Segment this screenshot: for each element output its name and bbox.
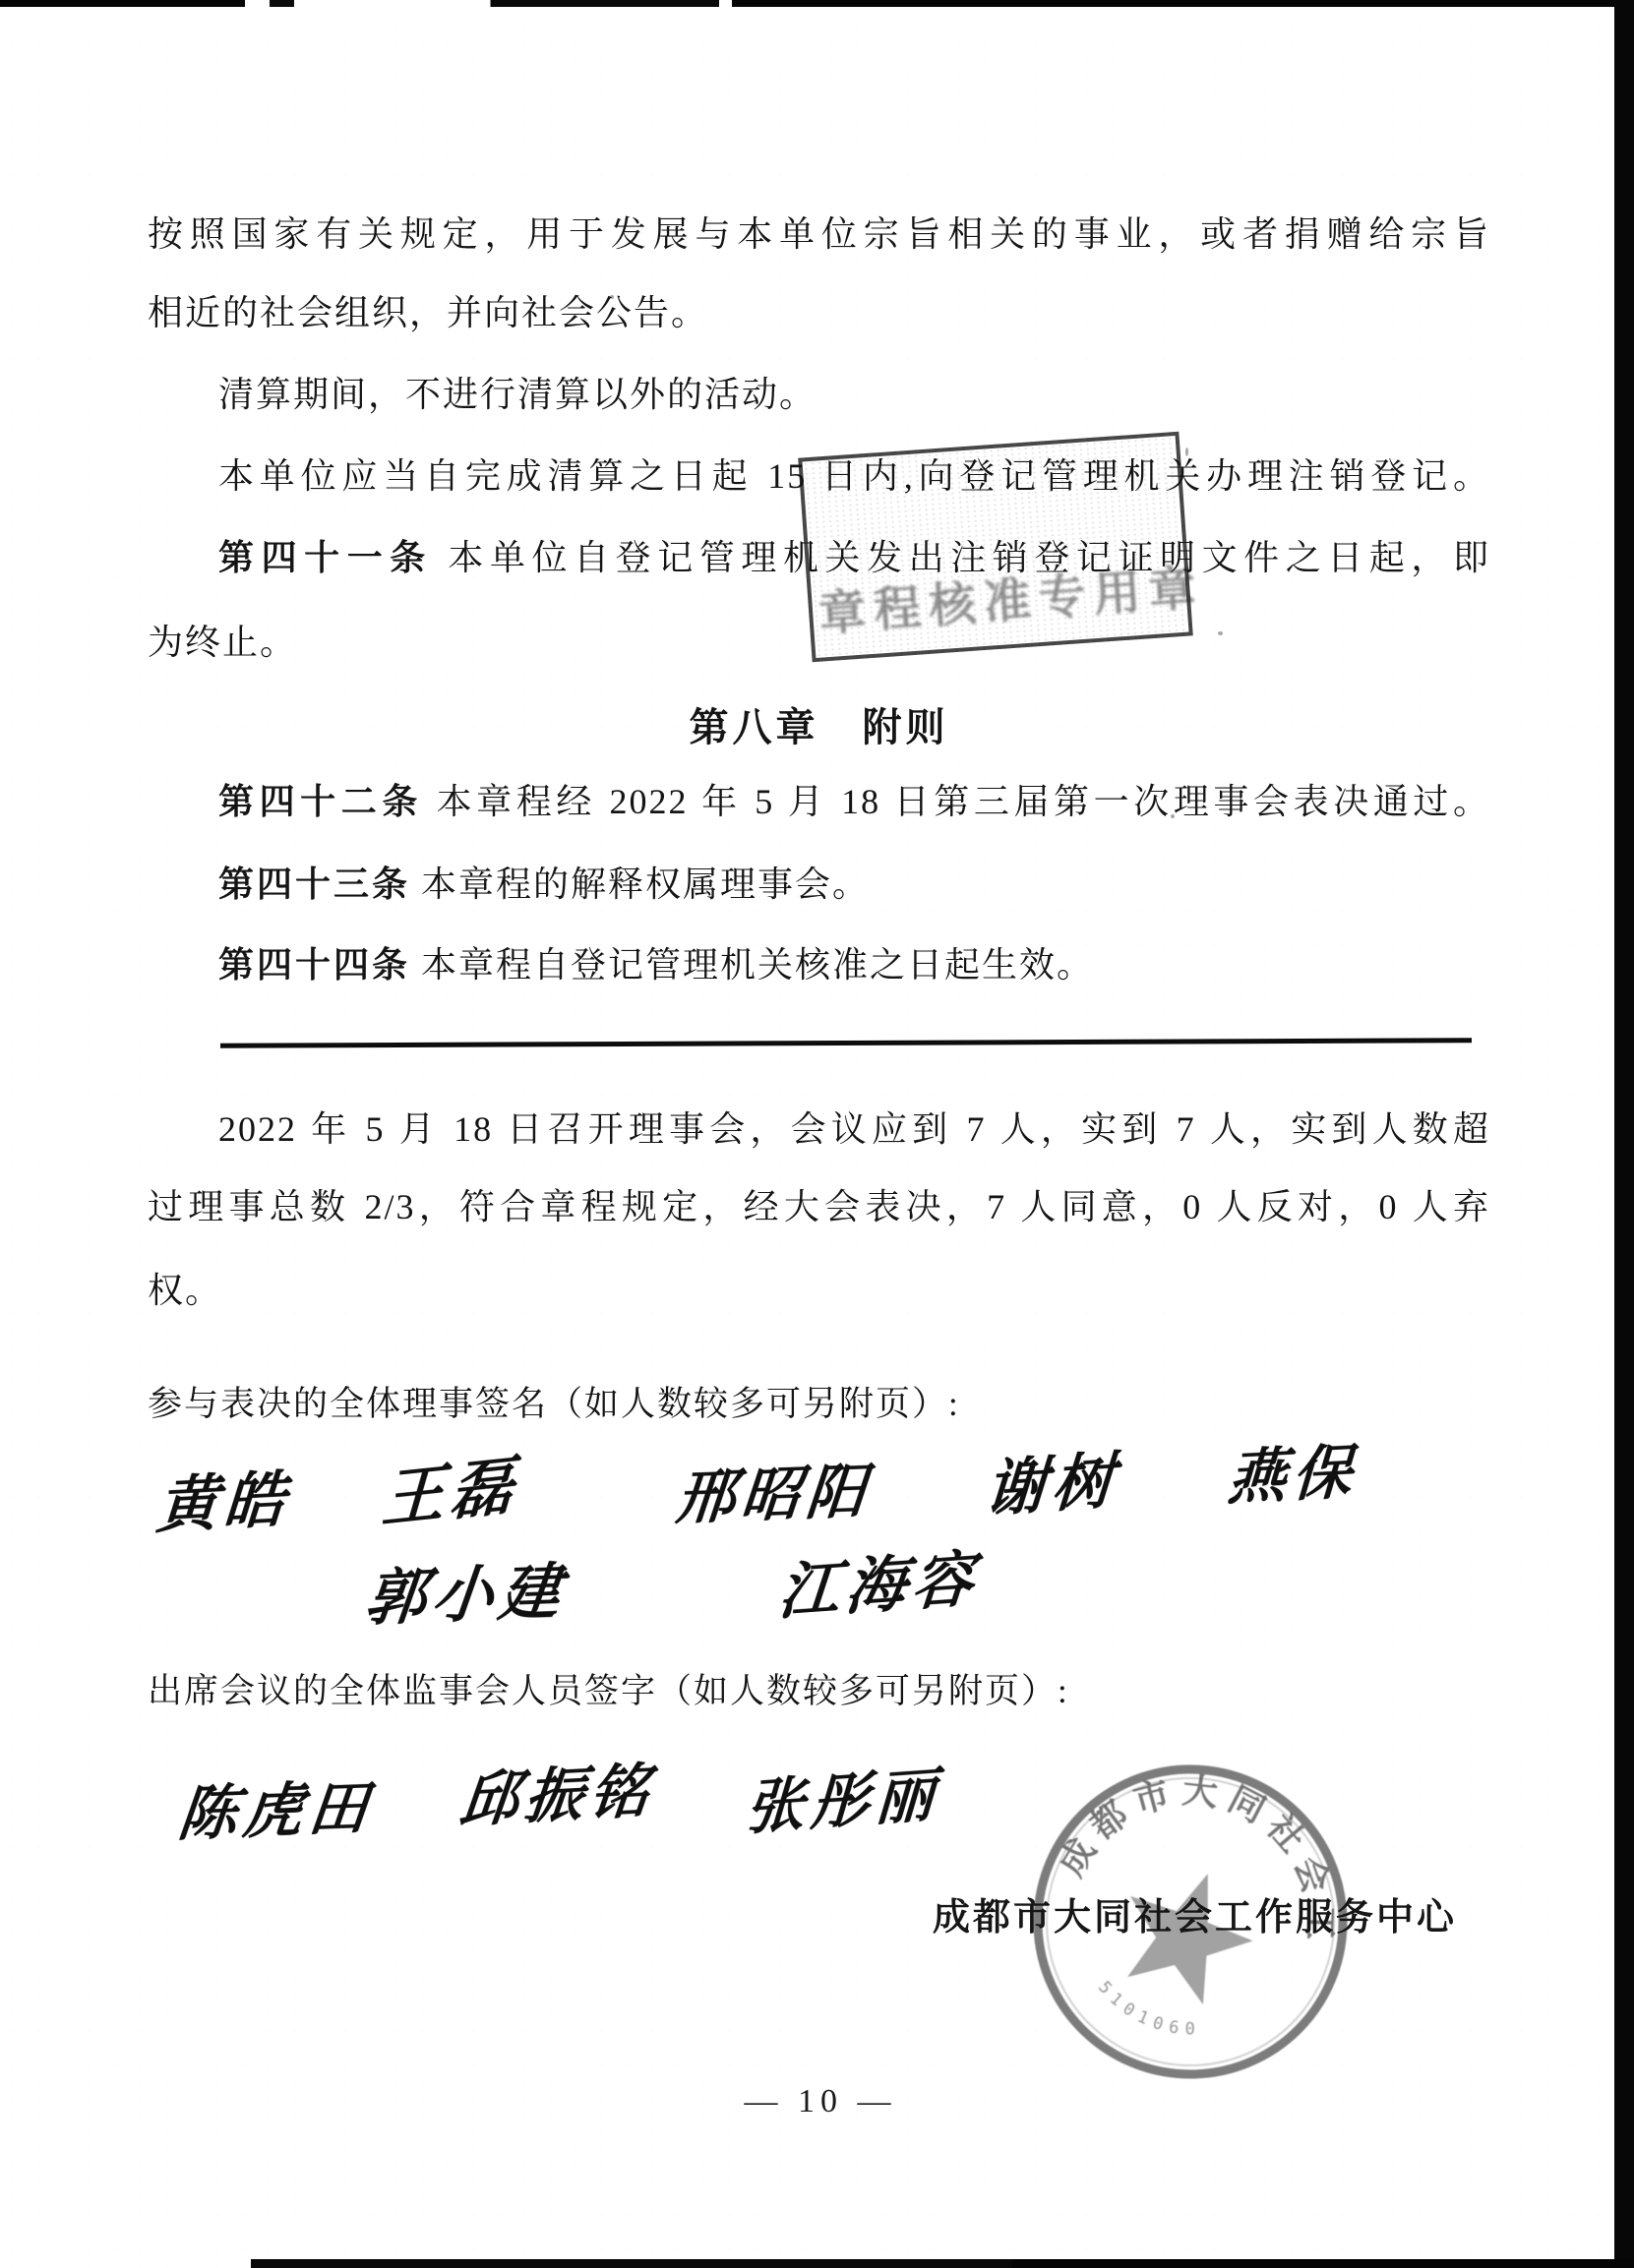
- director-signature-5: 燕保: [1226, 1424, 1360, 1516]
- scan-speck: [1185, 448, 1188, 456]
- paragraph-carryover-line1: 按照国家有关规定，用于发展与本单位宗旨相关的事业，或者捐赠给宗旨: [148, 212, 1490, 256]
- supervisors-signature-label: 出席会议的全体监事会人员签字（如人数较多可另附页）:: [148, 1670, 1490, 1713]
- article-41-label: 第四十一条: [218, 537, 433, 577]
- resolution-line1: 2022 年 5 月 18 日召开理事会，会议应到 7 人，实到 7 人，实到人…: [148, 1107, 1490, 1151]
- scan-speck: [1218, 631, 1223, 635]
- director-signature-1: 黄皓: [154, 1450, 294, 1545]
- article-43-line: 第四十三条 本章程的解释权属理事会。: [148, 863, 1490, 906]
- supervisor-signature-2: 邱振铭: [456, 1744, 660, 1839]
- director-signature-7: 江海容: [775, 1529, 983, 1632]
- directors-signature-label: 参与表决的全体理事签名（如人数较多可另附页）:: [148, 1383, 1490, 1426]
- charter-approval-stamp-text: 章程核准专用章: [817, 551, 1182, 644]
- paragraph-liquidation: 清算期间，不进行清算以外的活动。: [148, 373, 1490, 416]
- article-43-label: 第四十三条: [218, 864, 410, 904]
- supervisor-signature-3: 张彤丽: [744, 1748, 942, 1846]
- article-44-label: 第四十四条: [218, 944, 410, 985]
- article-42-line: 第四十二条 本章程经 2022 年 5 月 18 日第三届第一次理事会表决通过。: [148, 780, 1490, 823]
- supervisor-signature-1: 陈虎田: [175, 1761, 379, 1852]
- organization-name-printed: 成都市大同社会工作服务中心: [933, 1886, 1483, 1940]
- article-42-label: 第四十二条: [218, 781, 423, 821]
- chapter-8-heading: 第八章 附则: [148, 696, 1490, 752]
- director-signature-6: 郭小建: [361, 1542, 571, 1638]
- scanned-document-page: 按照国家有关规定，用于发展与本单位宗旨相关的事业，或者捐赠给宗旨 相近的社会组织…: [0, 0, 1634, 2268]
- article-44-line: 第四十四条 本章程自登记管理机关核准之日起生效。: [148, 943, 1490, 986]
- resolution-line2: 过理事总数 2/3，符合章程规定，经大会表决，7 人同意，0 人反对，0 人弃: [148, 1185, 1490, 1228]
- resolution-line3: 权。: [148, 1269, 1490, 1312]
- scan-speck: [610, 295, 614, 299]
- director-signature-2: 王磊: [380, 1434, 521, 1540]
- article-43-text: 本章程的解释权属理事会。: [421, 865, 870, 904]
- paragraph-carryover-line2: 相近的社会组织，并向社会公告。: [148, 291, 1490, 334]
- charter-approval-stamp: 章程核准专用章: [798, 432, 1193, 663]
- article-44-text: 本章程自登记管理机关核准之日起生效。: [421, 945, 1094, 985]
- director-signature-4: 谢树: [983, 1431, 1122, 1528]
- scan-edge-bottom: [251, 2259, 1634, 2268]
- director-signature-3: 邢昭阳: [673, 1444, 875, 1535]
- article-42-text: 本章程经 2022 年 5 月 18 日第三届第一次理事会表决通过。: [437, 782, 1490, 821]
- page-number: — 10 —: [148, 2083, 1493, 2120]
- scan-speck: [1171, 814, 1175, 818]
- scan-edge-right: [1614, 0, 1634, 2268]
- horizontal-divider: [220, 1038, 1472, 1048]
- scan-edge-top: [0, 0, 1634, 7]
